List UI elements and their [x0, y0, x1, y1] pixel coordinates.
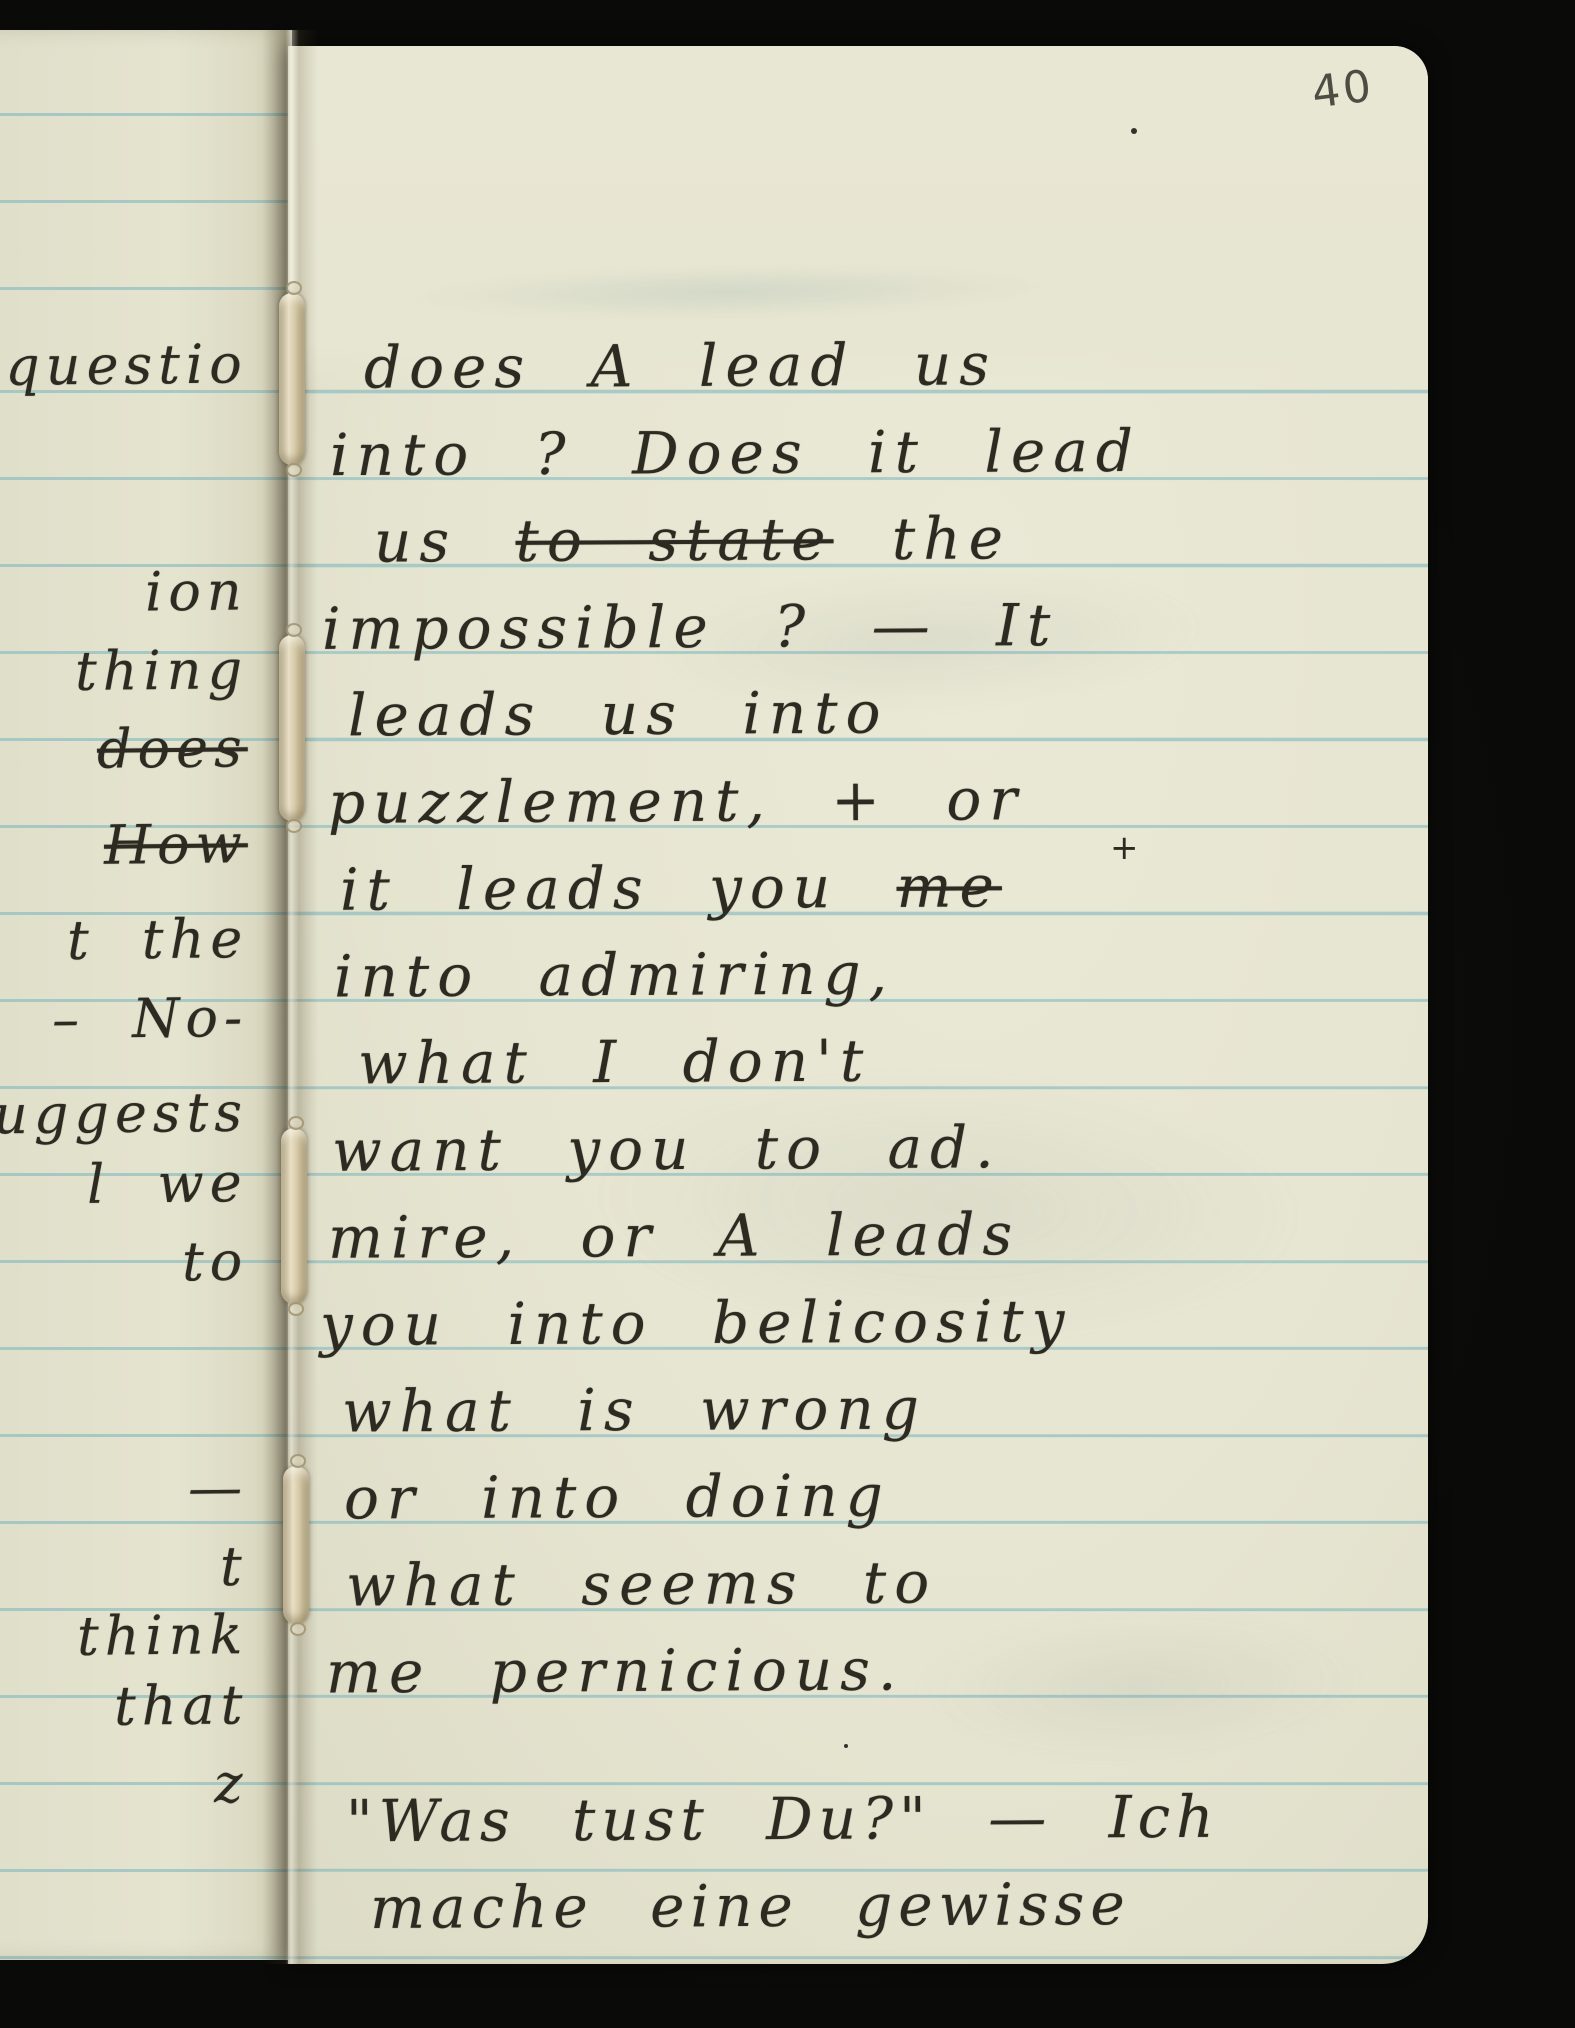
manuscript-line: what seems to — [346, 1545, 938, 1622]
handwritten-words: into admiring, — [334, 940, 895, 1011]
handwritten-words: want you to ad. — [332, 1113, 1002, 1185]
manuscript-line: into admiring, — [334, 937, 895, 1014]
left-page-fragment: to — [181, 1225, 248, 1300]
manuscript-line: me pernicious. — [326, 1632, 905, 1709]
handwritten-words: leads us into — [348, 679, 889, 750]
manuscript-line: it leads you me — [340, 849, 1002, 926]
binding-stitch — [279, 293, 305, 465]
handwritten-words: mache eine gewisse — [370, 1870, 1131, 1942]
left-page-fragment: t — [220, 1529, 248, 1603]
manuscript-line: puzzlement, + or — [328, 762, 1025, 840]
binding-stitch — [283, 1466, 309, 1624]
handwritten-words: you into belicosity — [320, 1287, 1073, 1359]
manuscript-line: leads us into — [348, 676, 889, 753]
left-page-fragment: uggests — [0, 1076, 248, 1153]
handwritten-words: what I don't — [358, 1027, 872, 1098]
manuscript-text: does A lead usinto ? Does it leadus to s… — [288, 46, 1428, 1964]
handwritten-words: what is wrong — [342, 1374, 927, 1445]
insertion-mark: + — [1110, 828, 1139, 868]
binding-stitch — [279, 635, 305, 821]
left-page-fragment: think — [76, 1598, 248, 1674]
manuscript-line: what is wrong — [342, 1371, 927, 1448]
left-page-fragment: – questio — [0, 327, 248, 404]
manuscript-line: does A lead us — [364, 327, 997, 404]
handwritten-words: it leads you — [340, 853, 897, 924]
handwritten-words: impossible ? — It — [322, 591, 1059, 663]
manuscript-line: into ? Does it lead — [330, 414, 1141, 492]
left-page-fragment: that — [113, 1668, 248, 1743]
manuscript-line: us to state the — [374, 501, 1011, 578]
left-page-edge: – questioionthingdoesHowt the– No-uggest… — [0, 30, 292, 1960]
manuscript-line: "Was tust Du?" — Ich — [346, 1780, 1220, 1859]
handwritten-words: "Was tust Du?" — Ich — [346, 1783, 1220, 1856]
left-page-fragment: — — [188, 1451, 249, 1526]
handwritten-words: puzzlement, + or — [328, 765, 1025, 837]
handwritten-words: us — [374, 507, 516, 576]
handwritten-words: mire, or A leads — [328, 1200, 1021, 1272]
struck-words: to state — [515, 505, 833, 575]
left-page-fragment: ion — [145, 555, 248, 630]
struck-words: me — [896, 852, 1002, 921]
ink-speck — [1131, 128, 1137, 134]
manuscript-line: want you to ad. — [332, 1110, 1002, 1188]
manuscript-line: mire, or A leads — [328, 1197, 1021, 1275]
left-page-text: – questioionthingdoesHowt the– No-uggest… — [0, 30, 292, 1960]
left-page-fragment: l we — [87, 1146, 248, 1222]
left-page-fragment: t the — [66, 902, 248, 978]
manuscript-line: or into doing — [344, 1459, 891, 1536]
left-page-fragment: How — [104, 807, 249, 883]
left-page-fragment: thing — [75, 633, 249, 709]
handwritten-words: does A lead us — [364, 330, 997, 401]
handwritten-words: the — [833, 504, 1011, 573]
handwritten-words: into ? Does it lead — [330, 417, 1141, 489]
binding-stitch — [281, 1128, 307, 1304]
manuscript-line: what I don't — [358, 1024, 872, 1101]
notebook-page: 40 does A lead usinto ? Does it leadus t… — [288, 46, 1428, 1964]
left-page-fragment: – No- — [51, 980, 248, 1056]
scanned-notebook-page: – questioionthingdoesHowt the– No-uggest… — [0, 0, 1575, 2028]
ink-speck — [844, 1744, 848, 1748]
left-page-fragment: z — [213, 1747, 248, 1821]
manuscript-line: you into belicosity — [320, 1284, 1073, 1362]
manuscript-line: impossible ? — It — [322, 588, 1059, 666]
handwritten-words: what seems to — [346, 1548, 938, 1619]
handwritten-words: or into doing — [344, 1462, 891, 1533]
manuscript-line: mache eine gewisse — [370, 1867, 1131, 1945]
handwritten-words: me pernicious. — [326, 1635, 905, 1706]
left-page-fragment: does — [97, 711, 249, 787]
